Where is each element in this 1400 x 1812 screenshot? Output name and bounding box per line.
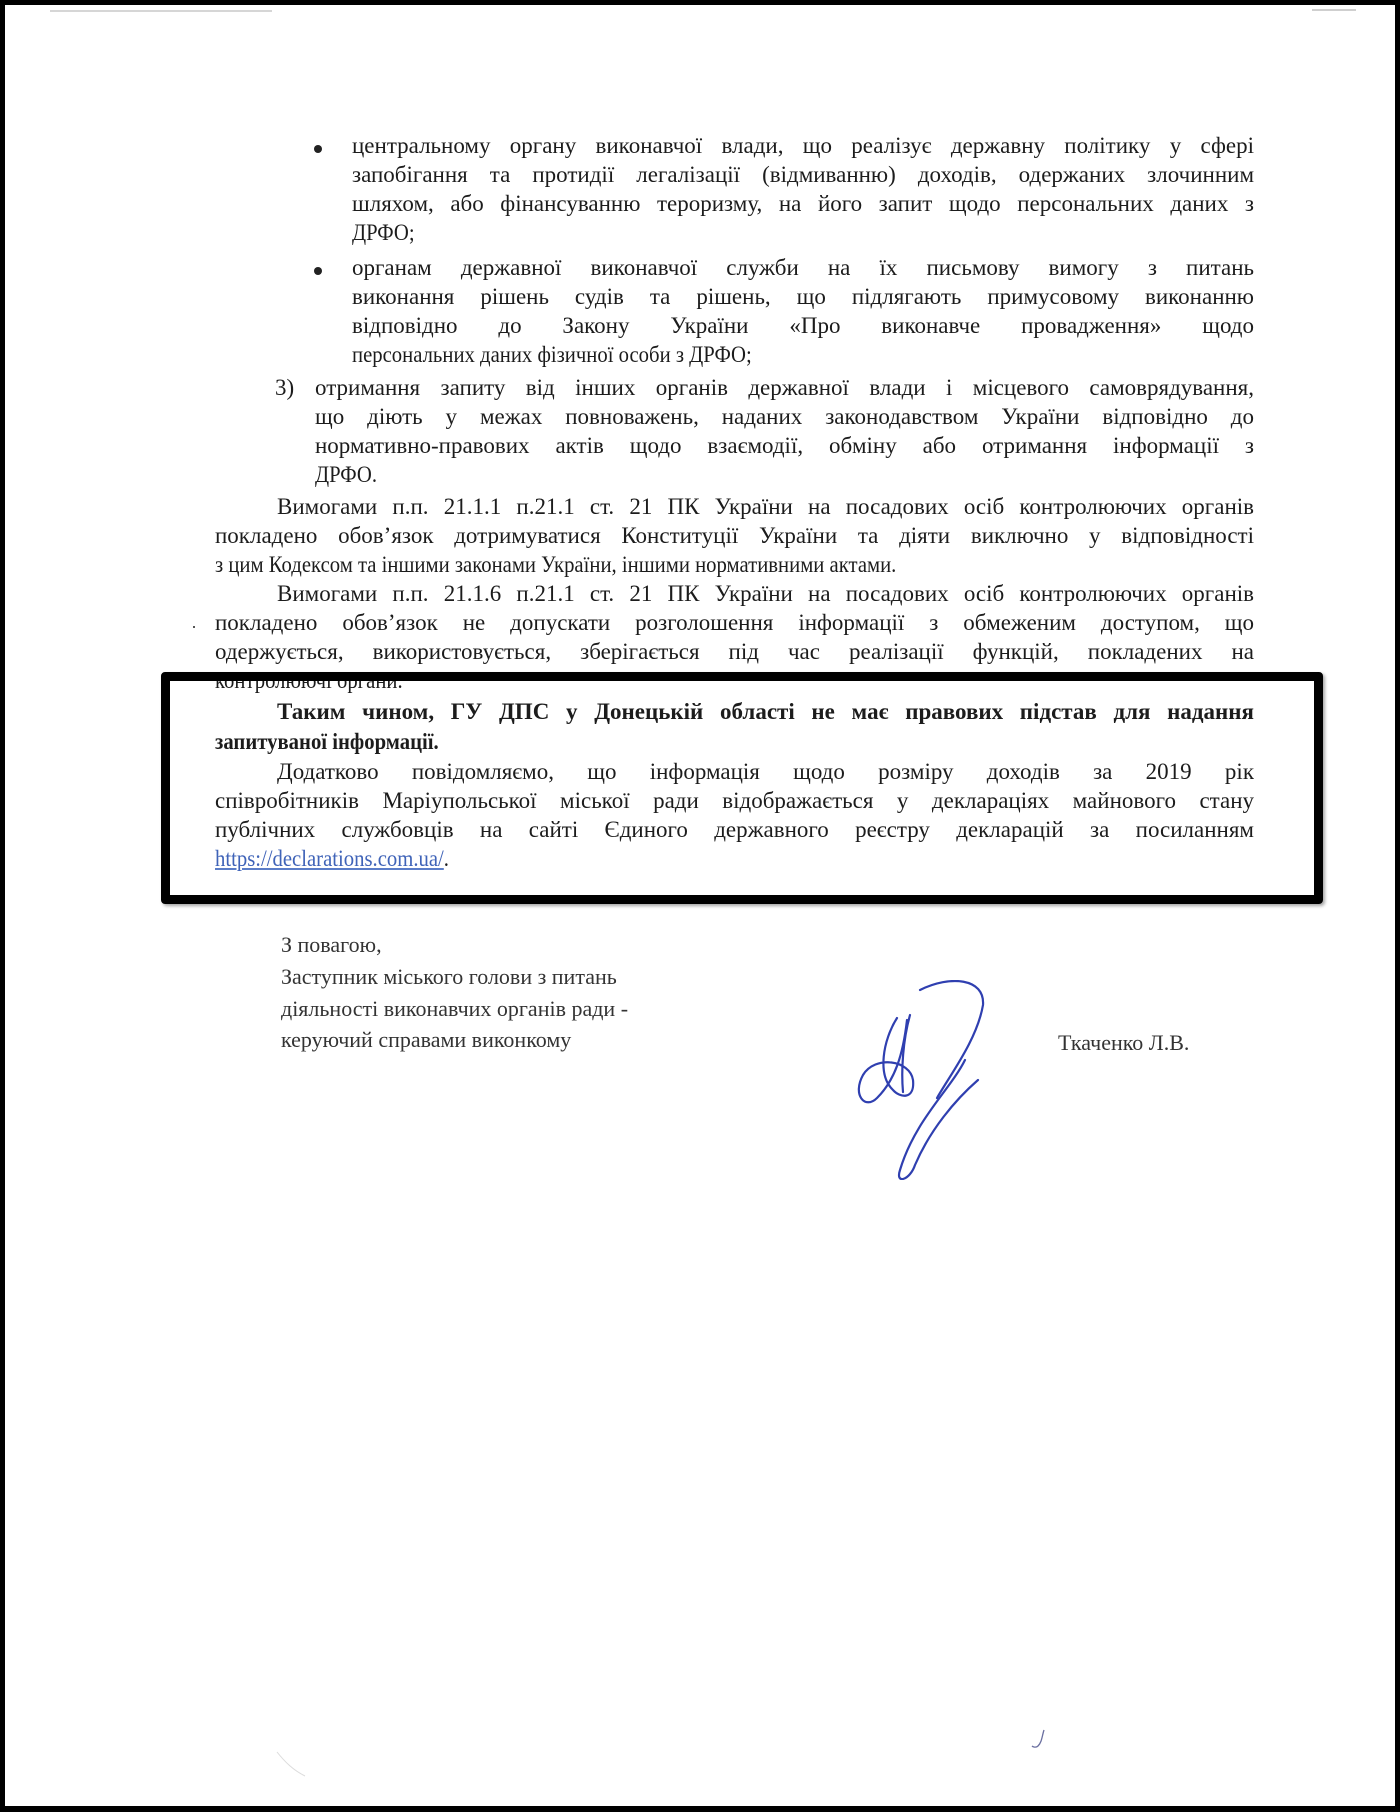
numbered-item-line: отримання запиту від інших органів держа… <box>315 375 1254 401</box>
paragraph-1-line: з цим Кодексом та іншими законами Україн… <box>215 552 896 578</box>
bullet-icon <box>314 145 322 153</box>
list-number: 3) <box>275 375 294 401</box>
numbered-item-line: нормативно-правових актів щодо взаємодії… <box>315 433 1254 459</box>
additional-info-line: Додатково повідомляємо, що інформація що… <box>277 759 1254 785</box>
signatory-position-line: керуючий справами виконкому <box>281 1025 571 1055</box>
bullet-item-2-line: персональних даних фізичної особи з ДРФО… <box>352 342 752 368</box>
conclusion-line: Таким чином, ГУ ДПС у Донецькій області … <box>277 699 1254 725</box>
scan-artifact-mark <box>1030 1728 1050 1752</box>
handwritten-signature <box>855 980 1015 1180</box>
scan-artifact-line <box>1312 9 1356 11</box>
conclusion-line: запитуваної інформації. <box>215 729 439 755</box>
additional-info-link-line: https://declarations.com.ua/. <box>215 846 449 872</box>
paragraph-1-line: покладено обов’язок дотримуватися Консти… <box>215 523 1254 549</box>
document-page: центральному органу виконавчої влади, що… <box>5 5 1395 1806</box>
signatory-name: Ткаченко Л.В. <box>1058 1028 1189 1058</box>
scan-artifact-line <box>50 10 272 12</box>
paragraph-2-line: Вимогами п.п. 21.1.6 п.21.1 ст. 21 ПК Ук… <box>277 581 1254 607</box>
numbered-item-line: що діють у межах повноважень, наданих за… <box>315 404 1254 430</box>
additional-info-line: публічних службовців на сайті Єдиного де… <box>215 817 1254 843</box>
signatory-position-line: діяльності виконавчих органів ради - <box>281 994 628 1024</box>
link-suffix: . <box>444 846 449 871</box>
scan-artifact-mark <box>275 1750 315 1780</box>
bullet-item-1-line: ДРФО; <box>352 220 415 246</box>
scan-dot <box>193 626 195 628</box>
paragraph-1-line: Вимогами п.п. 21.1.1 п.21.1 ст. 21 ПК Ук… <box>277 494 1254 520</box>
paragraph-2-line: одержується, використовується, зберігаєт… <box>215 639 1254 665</box>
additional-info-line: співробітників Маріупольської міської ра… <box>215 788 1254 814</box>
numbered-item-line: ДРФО. <box>315 462 377 488</box>
closing-greeting: З повагою, <box>281 930 382 960</box>
signatory-position-line: Заступник міського голови з питань <box>281 962 617 992</box>
declarations-link[interactable]: https://declarations.com.ua/ <box>215 846 444 871</box>
bullet-item-2-line: виконання рішень судів та рішень, що під… <box>352 284 1254 310</box>
bullet-icon <box>314 267 322 275</box>
bullet-item-2-line: органам державної виконавчої служби на ї… <box>352 255 1254 281</box>
bullet-item-1-line: шляхом, або фінансуванню тероризму, на й… <box>352 191 1254 217</box>
bullet-item-2-line: відповідно до Закону України «Про викона… <box>352 313 1254 339</box>
bullet-item-1-line: центральному органу виконавчої влади, що… <box>352 133 1254 159</box>
bullet-item-1-line: запобігання та протидії легалізації (від… <box>352 162 1254 188</box>
paragraph-2-line: покладено обов’язок не допускати розголо… <box>215 610 1254 636</box>
